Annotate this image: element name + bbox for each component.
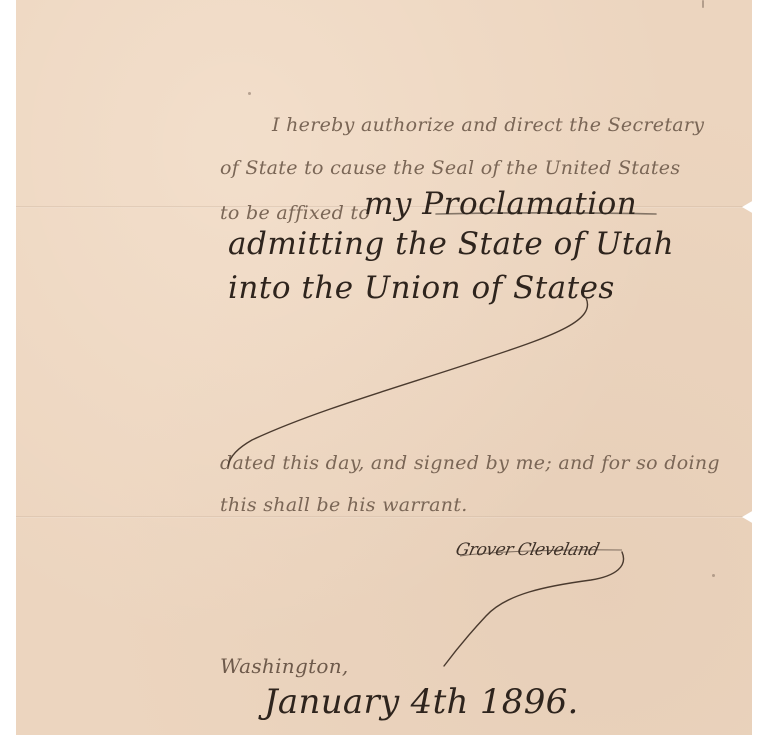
edge-notch-lower [742, 510, 754, 524]
place-line: Washington, [220, 654, 349, 678]
pen-flourishes [16, 0, 752, 735]
edge-notch-upper [742, 200, 754, 214]
paper-mark [702, 0, 704, 8]
body-line-3-printed: to be affixed to [220, 202, 370, 224]
handwritten-proclamation: my Proclamation [364, 186, 637, 222]
handwritten-admitting-utah: admitting the State of Utah [228, 226, 674, 262]
paper-speck [248, 92, 251, 95]
body-line-2: of State to cause the Seal of the United… [220, 157, 680, 179]
body-line-6: dated this day, and signed by me; and fo… [220, 452, 720, 474]
paper-speck [712, 574, 715, 577]
fold-line-lower [16, 516, 752, 518]
document-scan: I hereby authorize and direct the Secret… [0, 0, 768, 735]
paper-sheet: I hereby authorize and direct the Secret… [16, 0, 752, 735]
signature: Grover Cleveland [454, 540, 601, 560]
handwritten-union-of-states: into the Union of States [228, 270, 615, 306]
body-line-7: this shall be his warrant. [220, 494, 468, 516]
body-line-1: I hereby authorize and direct the Secret… [272, 114, 704, 136]
date-line: January 4th 1896. [264, 682, 579, 722]
